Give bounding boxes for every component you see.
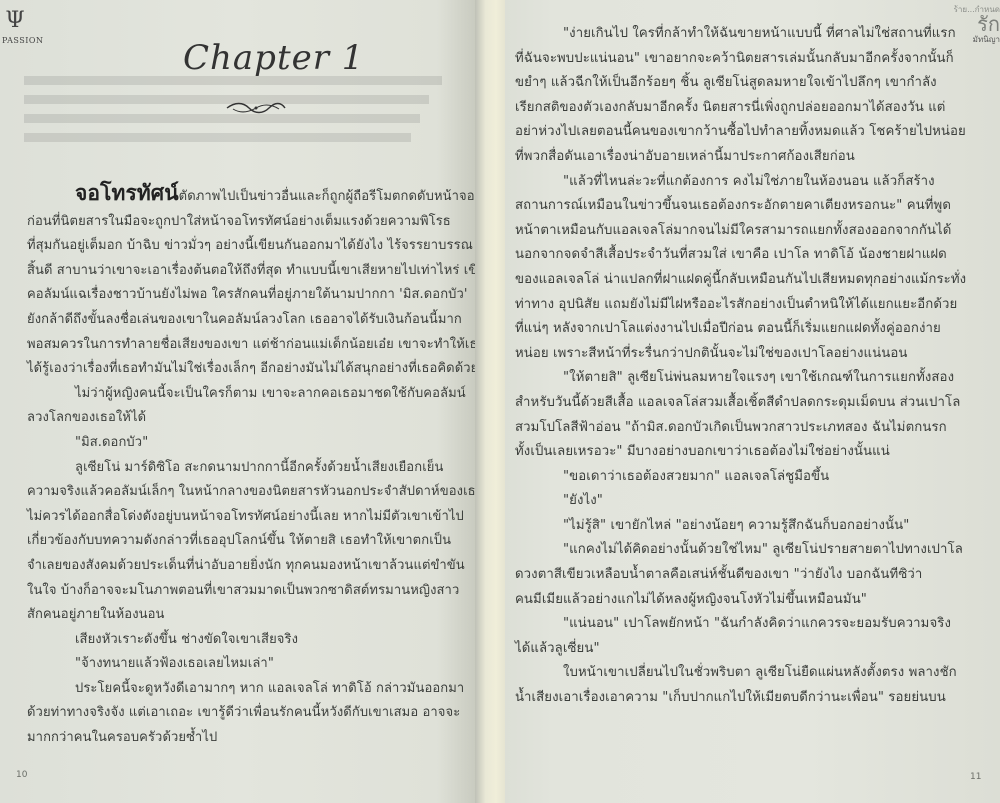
trident-logo-icon: Ψ <box>4 8 26 34</box>
text-line: ที่พวกสื่อดันเอาเรื่องน่าอับอายเหล่านี้ม… <box>515 145 980 170</box>
text-line: สวมโปโลสีฟ้าอ่อน "ถ้ามิส.ดอกบัวเกิดเป็นพ… <box>515 416 980 441</box>
line-text: นอกจากจดจำสีเสื้อประจำวันที่สวมใส่ เขาคื… <box>515 247 947 262</box>
line-text: ไม่ว่าผู้หญิงคนนี้จะเป็นใครก็ตาม เขาจะลา… <box>75 386 466 401</box>
line-text: สักคนอยู่ภายในห้องนอน <box>27 607 165 622</box>
line-text: ยังกล้าดีถึงขั้นลงชื่อเล่นของเขาในคอลัมน… <box>27 312 462 327</box>
text-line: หน่อย เพราะสีหน้าที่ระรื่นกว่าปกตินั้นจะ… <box>515 342 980 367</box>
text-line: พอสมควรในการทำลายชื่อเสียงของเขา แต่ช้าก… <box>27 333 467 358</box>
text-line: อย่าห่วงไปเลยตอนนี้คนของเขากว้านซื้อไปทำ… <box>515 120 980 145</box>
line-text: "มิส.ดอกบัว" <box>75 435 148 450</box>
text-line: ทั้งเป็นเลยเหรอวะ" มีบางอย่างบอกเขาว่าเธ… <box>515 440 980 465</box>
line-text: ตัดภาพไปเป็นข่าวอื่นและก็ถูกผู้ถือรีโมตก… <box>179 189 475 204</box>
line-text: ลูเซียโน่ มาร์ดิซิโอ สะกดนามปากกานี้อีกค… <box>75 460 443 475</box>
text-line: "แกคงไม่ได้คิดอย่างนั้นด้วยใช่ไหม" ลูเซี… <box>515 538 980 563</box>
line-text: อย่าห่วงไปเลยตอนนี้คนของเขากว้านซื้อไปทำ… <box>515 124 966 139</box>
line-text: สถานการณ์เหมือนในข่าวขึ้นจนเธอต้องกระอัก… <box>515 198 951 213</box>
publisher-logo: Ψ PASSION <box>2 8 42 58</box>
text-line: ไม่ควรได้ออกสื่อโด่งดังอยู่บนหน้าจอโทรทั… <box>27 505 467 530</box>
left-page-text: จอโทรทัศน์ตัดภาพไปเป็นข่าวอื่นและก็ถูกผู… <box>27 181 467 751</box>
text-line: เสียงหัวเราะดังขึ้น ช่างขัดใจเขาเสียจริง <box>27 628 467 653</box>
text-line: สถานการณ์เหมือนในข่าวขึ้นจนเธอต้องกระอัก… <box>515 194 980 219</box>
line-text: "ง่ายเกินไป ใครที่กล้าทำให้ฉันขายหน้าแบบ… <box>563 26 956 41</box>
line-text: "จ้างทนายแล้วฟ้องเธอเลยไหมเล่า" <box>75 656 274 671</box>
text-line: ได้รู้เองว่าเรื่องที่เธอทำมันไม่ใช่เรื่อ… <box>27 357 467 382</box>
line-text: หน้าตาเหมือนกับแอลเจลโล่มากจนไม่มีใครสาม… <box>515 223 951 238</box>
publisher-logo-word: PASSION <box>2 36 42 45</box>
line-text: คอลัมน์แฉเรื่องชาวบ้านยังไม่พอ ใครสักคนท… <box>27 287 468 302</box>
line-text: ได้รู้เองว่าเรื่องที่เธอทำมันไม่ใช่เรื่อ… <box>27 361 475 376</box>
lead-word: จอโทรทัศน์ <box>75 181 179 205</box>
text-line: ดวงตาสีเขียวเหลือบน้ำตาลคือเสน่ห์ชั้นดีข… <box>515 563 980 588</box>
text-line: คนมีเมียแล้วอย่างแกไม่ได้หลงผู้หญิงจนโงห… <box>515 588 980 613</box>
page-number-right: 11 <box>970 772 981 782</box>
text-line: เรียกสติของตัวเองกลับมาอีกครั้ง นิตยสารน… <box>515 96 980 121</box>
text-line: ลวงโลกของเธอให้ได้ <box>27 406 467 431</box>
text-line: สำหรับวันนี้ด้วยสีเสื้อ แอลเจลโล่สวมเสื้… <box>515 391 980 416</box>
line-text: "ยังไง" <box>563 493 603 508</box>
line-text: ความจริงแล้วคอลัมน์เล็กๆ ในหน้ากลางของนิ… <box>27 484 475 499</box>
line-text: พอสมควรในการทำลายชื่อเสียงของเขา แต่ช้าก… <box>27 337 475 352</box>
chapter-title: Chapter 1 <box>183 38 364 78</box>
line-text: ดวงตาสีเขียวเหลือบน้ำตาลคือเสน่ห์ชั้นดีข… <box>515 567 922 582</box>
line-text: ได้แล้วลูเซี่ยน" <box>515 641 600 656</box>
line-text: "ไม่รู้สิ" เขายักไหล่ "อย่างน้อยๆ ความรู… <box>563 518 909 533</box>
text-line: "ไม่รู้สิ" เขายักไหล่ "อย่างน้อยๆ ความรู… <box>515 514 980 539</box>
text-line: ที่แน่ๆ หลังจากเปาโลแต่งงานไปเมื่อปีก่อน… <box>515 317 980 342</box>
text-line: ในใจ บ้างก็อาจจะมโนภาพตอนที่เขาสวมมาดเป็… <box>27 579 467 604</box>
text-line: ขยำๆ แล้วฉีกให้เป็นอีกร้อยๆ ชิ้น ลูเซียโ… <box>515 71 980 96</box>
line-text: "แน่นอน" เปาโลพยักหน้า "ฉันกำลังคิดว่าแก… <box>563 616 951 631</box>
text-line: ไม่ว่าผู้หญิงคนนี้จะเป็นใครก็ตาม เขาจะลา… <box>27 382 467 407</box>
line-text: น้ำเสียงเอาเรื่องเอาความ "เก็บปากแกไปให้… <box>515 690 946 705</box>
text-line: "ให้ตายสิ" ลูเซียโน่พ่นลมหายใจแรงๆ เขาใช… <box>515 366 980 391</box>
line-text: ที่พวกสื่อดันเอาเรื่องน่าอับอายเหล่านี้ม… <box>515 149 855 164</box>
text-line: ลูเซียโน่ มาร์ดิซิโอ สะกดนามปากกานี้อีกค… <box>27 456 467 481</box>
book-gutter <box>475 0 505 803</box>
text-line: ประโยคนี้จะดูหวังดีเอามากๆ หาก แอลเจลโล่… <box>27 677 467 702</box>
text-line: เกี่ยวข้องกับบทความดังกล่าวที่เธออุปโลกน… <box>27 529 467 554</box>
text-line: น้ำเสียงเอาเรื่องเอาความ "เก็บปากแกไปให้… <box>515 686 980 711</box>
line-text: ท่าทาง อุปนิสัย แถมยังไม่มีไฝหรืออะไรสัก… <box>515 297 957 312</box>
text-line: ได้แล้วลูเซี่ยน" <box>515 637 980 662</box>
line-text: ที่สุมกันอยู่เต็มอก บ้าฉิบ ข่าวมั่วๆ อย่… <box>27 238 473 253</box>
text-line: "ขอเดาว่าเธอต้องสวยมาก" แอลเจลโล่ชูมือขึ… <box>515 465 980 490</box>
line-text: ในใจ บ้างก็อาจจะมโนภาพตอนที่เขาสวมมาดเป็… <box>27 583 459 598</box>
text-line: สักคนอยู่ภายในห้องนอน <box>27 603 467 628</box>
text-line: ความจริงแล้วคอลัมน์เล็กๆ ในหน้ากลางของนิ… <box>27 480 467 505</box>
text-line: จอโทรทัศน์ตัดภาพไปเป็นข่าวอื่นและก็ถูกผู… <box>27 181 467 210</box>
ornament-flourish-icon <box>225 100 287 116</box>
line-text: "แกคงไม่ได้คิดอย่างนั้นด้วยใช่ไหม" ลูเซี… <box>563 542 963 557</box>
line-text: ที่ฉันจะพบปะแน่นอน" เขาอยากจะคว้านิตยสาร… <box>515 51 954 66</box>
line-text: ใบหน้าเขาเปลี่ยนไปในชั่วพริบตา ลูเซียโน่… <box>563 665 957 680</box>
line-text: ด้วยท่าทางจริงจัง แต่เอาเถอะ เขารู้ดีว่า… <box>27 705 460 720</box>
left-page: Ψ PASSION Chapter 1 จอโทรทัศน์ตัดภาพไปเป… <box>0 0 475 803</box>
right-page-text: "ง่ายเกินไป ใครที่กล้าทำให้ฉันขายหน้าแบบ… <box>515 22 980 711</box>
page-number-left: 10 <box>16 770 27 780</box>
line-text: "ขอเดาว่าเธอต้องสวยมาก" แอลเจลโล่ชูมือขึ… <box>563 469 829 484</box>
book-spread: Ψ PASSION Chapter 1 จอโทรทัศน์ตัดภาพไปเป… <box>0 0 1000 803</box>
line-text: เสียงหัวเราะดังขึ้น ช่างขัดใจเขาเสียจริง <box>75 632 298 647</box>
text-line: หน้าตาเหมือนกับแอลเจลโล่มากจนไม่มีใครสาม… <box>515 219 980 244</box>
show-through-text <box>24 66 464 176</box>
text-line: ยังกล้าดีถึงขั้นลงชื่อเล่นของเขาในคอลัมน… <box>27 308 467 333</box>
line-text: เกี่ยวข้องกับบทความดังกล่าวที่เธออุปโลกน… <box>27 533 451 548</box>
line-text: "ให้ตายสิ" ลูเซียโน่พ่นลมหายใจแรงๆ เขาใช… <box>563 370 954 385</box>
text-line: ท่าทาง อุปนิสัย แถมยังไม่มีไฝหรืออะไรสัก… <box>515 293 980 318</box>
line-text: ที่แน่ๆ หลังจากเปาโลแต่งงานไปเมื่อปีก่อน… <box>515 321 941 336</box>
text-line: ที่ฉันจะพบปะแน่นอน" เขาอยากจะคว้านิตยสาร… <box>515 47 980 72</box>
text-line: สิ้นดี สาบานว่าเขาจะเอาเรื่องต้นตอให้ถึง… <box>27 259 467 284</box>
line-text: จำเลยของสังคมด้วยประเด็นที่น่าอับอายยิ่ง… <box>27 558 465 573</box>
text-line: ที่สุมกันอยู่เต็มอก บ้าฉิบ ข่าวมั่วๆ อย่… <box>27 234 467 259</box>
line-text: "แล้วที่ไหนล่ะวะที่แกต้องการ คงไม่ใช่ภาย… <box>563 174 935 189</box>
line-text: ไม่ควรได้ออกสื่อโด่งดังอยู่บนหน้าจอโทรทั… <box>27 509 464 524</box>
text-line: ใบหน้าเขาเปลี่ยนไปในชั่วพริบตา ลูเซียโน่… <box>515 661 980 686</box>
text-line: จำเลยของสังคมด้วยประเด็นที่น่าอับอายยิ่ง… <box>27 554 467 579</box>
right-page: ร้าย...กำหนด รัก มัทนิญา "ง่ายเกินไป ใคร… <box>505 0 1000 803</box>
text-line: มากกว่าคนในครอบครัวด้วยซ้ำไป <box>27 726 467 751</box>
text-line: ของแอลเจลโล่ น่าแปลกที่ฝาแฝดคู่นี้กลับเห… <box>515 268 980 293</box>
line-text: มากกว่าคนในครอบครัวด้วยซ้ำไป <box>27 730 217 745</box>
line-text: ประโยคนี้จะดูหวังดีเอามากๆ หาก แอลเจลโล่… <box>75 681 464 696</box>
line-text: สวมโปโลสีฟ้าอ่อน "ถ้ามิส.ดอกบัวเกิดเป็นพ… <box>515 420 947 435</box>
line-text: ทั้งเป็นเลยเหรอวะ" มีบางอย่างบอกเขาว่าเธ… <box>515 444 890 459</box>
line-text: ของแอลเจลโล่ น่าแปลกที่ฝาแฝดคู่นี้กลับเห… <box>515 272 966 287</box>
line-text: หน่อย เพราะสีหน้าที่ระรื่นกว่าปกตินั้นจะ… <box>515 346 908 361</box>
line-text: คนมีเมียแล้วอย่างแกไม่ได้หลงผู้หญิงจนโงห… <box>515 592 867 607</box>
line-text: ขยำๆ แล้วฉีกให้เป็นอีกร้อยๆ ชิ้น ลูเซียโ… <box>515 75 937 90</box>
text-line: "แล้วที่ไหนล่ะวะที่แกต้องการ คงไม่ใช่ภาย… <box>515 170 980 195</box>
line-text: สำหรับวันนี้ด้วยสีเสื้อ แอลเจลโล่สวมเสื้… <box>515 395 960 410</box>
text-line: ด้วยท่าทางจริงจัง แต่เอาเถอะ เขารู้ดีว่า… <box>27 701 467 726</box>
text-line: "มิส.ดอกบัว" <box>27 431 467 456</box>
text-line: "จ้างทนายแล้วฟ้องเธอเลยไหมเล่า" <box>27 652 467 677</box>
text-line: "แน่นอน" เปาโลพยักหน้า "ฉันกำลังคิดว่าแก… <box>515 612 980 637</box>
text-line: "ยังไง" <box>515 489 980 514</box>
line-text: ลวงโลกของเธอให้ได้ <box>27 410 146 425</box>
line-text: ก่อนที่นิตยสารในมือจะถูกปาใส่หน้าจอโทรทั… <box>27 214 451 229</box>
text-line: "ง่ายเกินไป ใครที่กล้าทำให้ฉันขายหน้าแบบ… <box>515 22 980 47</box>
text-line: ก่อนที่นิตยสารในมือจะถูกปาใส่หน้าจอโทรทั… <box>27 210 467 235</box>
text-line: นอกจากจดจำสีเสื้อประจำวันที่สวมใส่ เขาคื… <box>515 243 980 268</box>
line-text: เรียกสติของตัวเองกลับมาอีกครั้ง นิตยสารน… <box>515 100 945 115</box>
text-line: คอลัมน์แฉเรื่องชาวบ้านยังไม่พอ ใครสักคนท… <box>27 283 467 308</box>
line-text: สิ้นดี สาบานว่าเขาจะเอาเรื่องต้นตอให้ถึง… <box>27 263 475 278</box>
